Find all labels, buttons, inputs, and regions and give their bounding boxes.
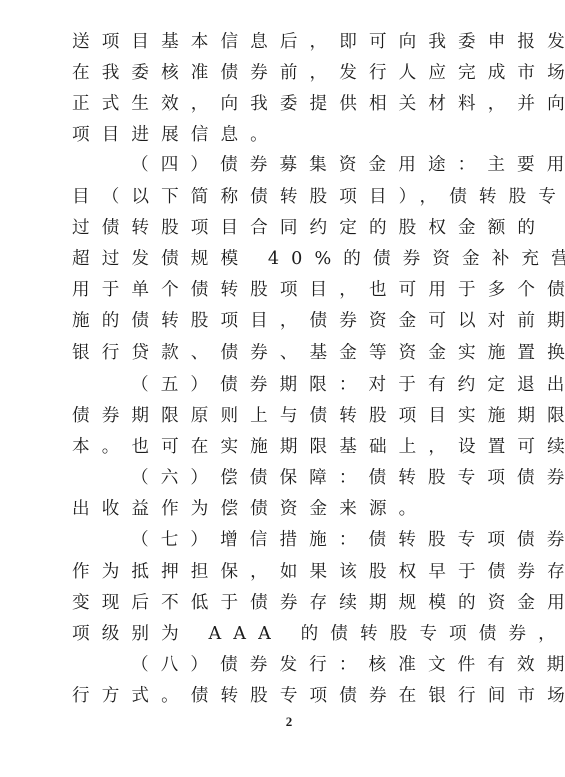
- paragraph-heading-7: （七）增信措施：债转股专项债券原则上应以转股股权: [131, 528, 551, 552]
- paragraph-heading-8: （八）债券发行：核准文件有效期 1 年，可选择分期发: [131, 653, 551, 677]
- text-line: 作为抵押担保，如果该股权早于债券存续期提前变现，应将: [72, 560, 492, 584]
- text-line: 目（以下简称债转股项目），债转股专项债券发行规模不超: [72, 185, 492, 209]
- text-line: 行方式。债转股专项债券在银行间市场面对机构投资者发: [72, 684, 492, 708]
- text-line: 在我委核准债券前，发行人应完成市场化债转股合同签订并: [72, 61, 492, 85]
- text-line: 送项目基本信息后，即可向我委申报发行债转股专项债券。: [72, 30, 492, 54]
- text-line: 变现后不低于债券存续期规模的资金用于债券抵押。对于债: [72, 591, 492, 615]
- text-line: 债券期限原则上与债转股项目实施期限一致，到期一次还: [72, 404, 492, 428]
- text-line: 银行贷款、债券、基金等资金实施置换。: [72, 341, 492, 365]
- paragraph-heading-4: （四）债券募集资金用途：主要用于银行债权转股权项: [131, 153, 551, 177]
- document-page: 送项目基本信息后，即可向我委申报发行债转股专项债券。 在我委核准债券前，发行人应…: [0, 0, 565, 777]
- text-line: 超过发债规模 40%的债券资金补充营运资金。债券资金既可: [72, 247, 492, 271]
- text-line: 出收益作为偿债资金来源。: [72, 497, 492, 521]
- text-line: 项目进展信息。: [72, 123, 492, 147]
- text-line: 施的债转股项目，债券资金可以对前期已用于债转股项目的: [72, 309, 492, 333]
- text-line: 项级别为 AAA 的债转股专项债券，可不提供上述增信措施。: [72, 622, 492, 646]
- text-line: 用于单个债转股项目，也可用于多个债转股项目。对于已实: [72, 278, 492, 302]
- paragraph-heading-5: （五）债券期限：对于有约定退出时间的债转股项目，: [131, 373, 551, 397]
- text-line: 正式生效，向我委提供相关材料，并向联席会议办公室报送: [72, 92, 492, 116]
- page-number: 2: [283, 714, 295, 730]
- text-line: 过债转股项目合同约定的股权金额的 70%。发行人可利用不: [72, 216, 492, 240]
- paragraph-heading-6: （六）偿债保障：债转股专项债券优先以股权市场化退: [131, 466, 551, 490]
- text-line: 本。也可在实施期限基础上，设置可续期条款。: [72, 435, 492, 459]
